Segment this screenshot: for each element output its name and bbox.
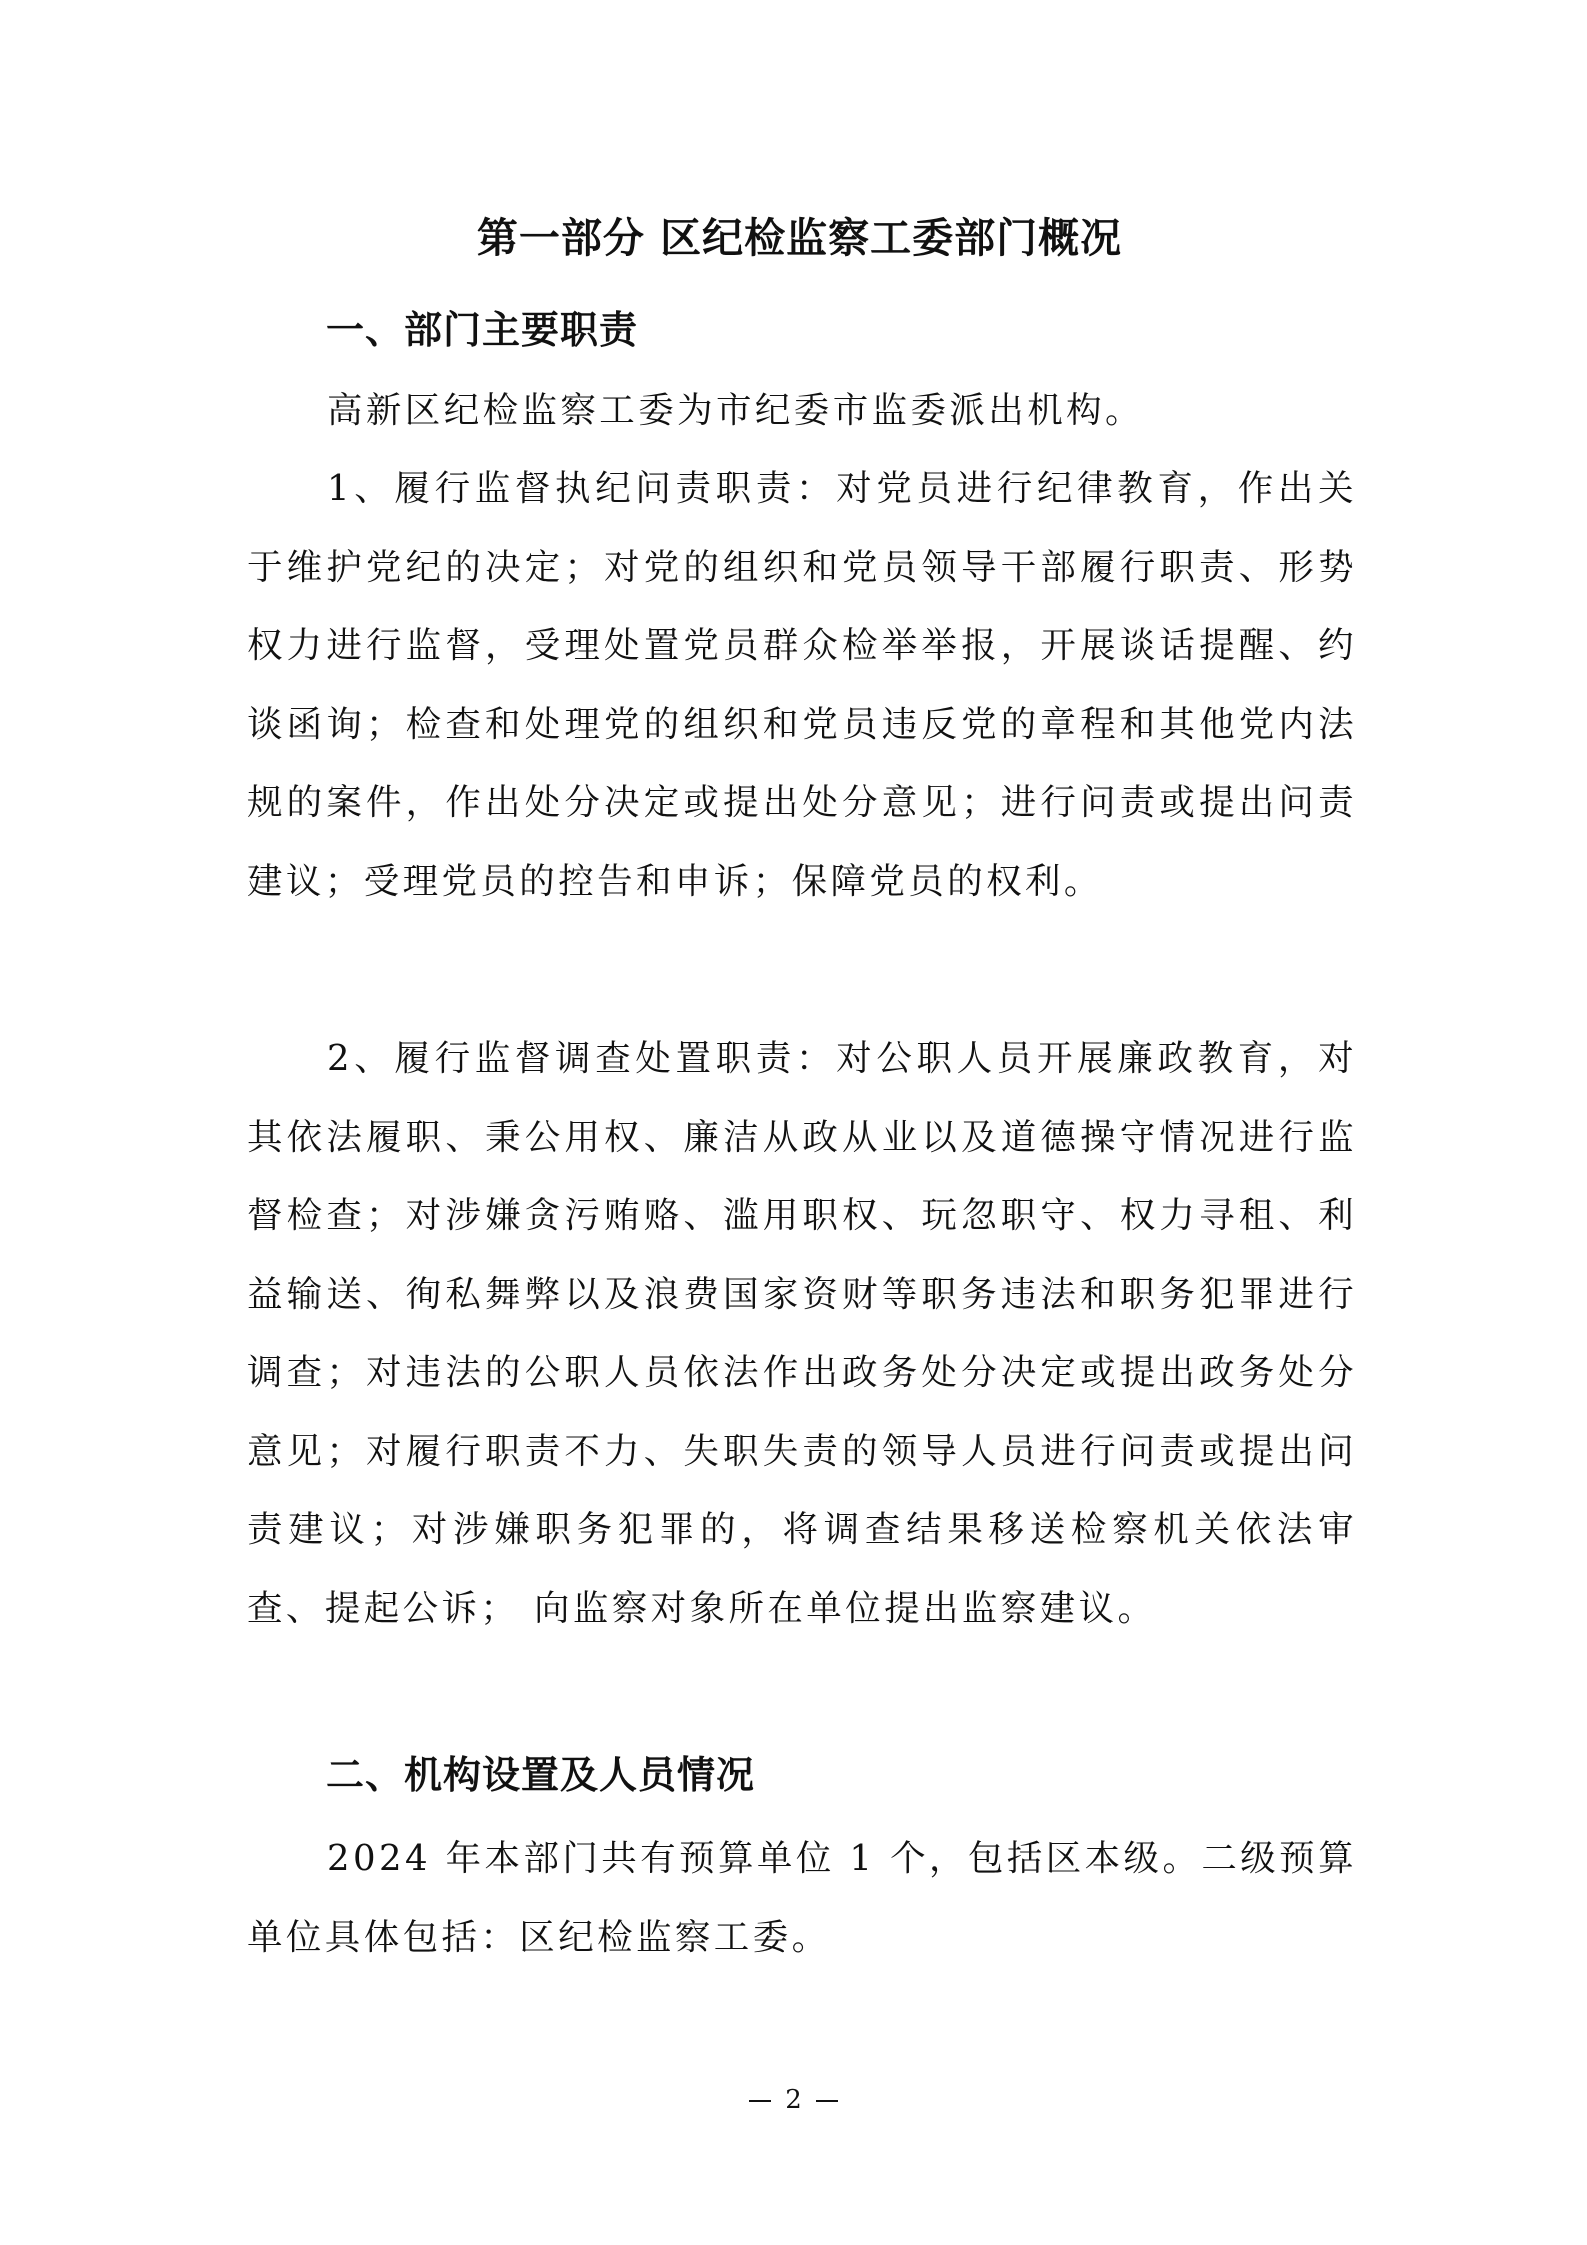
paragraph-budget-units: 2024 年本部门共有预算单位 1 个，包括区本级。二级预算单位具体包括：区纪检… <box>247 1820 1357 1977</box>
paragraph-duty-2: 2、履行监督调查处置职责：对公职人员开展廉政教育，对其依法履职、秉公用权、廉洁从… <box>247 1020 1357 1648</box>
document-page: 第一部分 区纪检监察工委部门概况 一、部门主要职责 高新区纪检监察工委为市纪委市… <box>0 0 1587 2245</box>
section-heading-responsibilities: 一、部门主要职责 <box>326 300 638 360</box>
page-number: 2 <box>0 2082 1587 2118</box>
paragraph-intro: 高新区纪检监察工委为市纪委市监委派出机构。 <box>247 372 1357 451</box>
document-title: 第一部分 区纪检监察工委部门概况 <box>0 208 1587 268</box>
page-number-value: 2 <box>785 2085 802 2115</box>
section-heading-organization: 二、机构设置及人员情况 <box>326 1745 755 1805</box>
paragraph-duty-1: 1、履行监督执纪问责职责：对党员进行纪律教育，作出关于维护党纪的决定；对党的组织… <box>247 450 1357 921</box>
page-number-dash-left <box>749 2100 771 2102</box>
page-number-dash-right <box>816 2100 838 2102</box>
